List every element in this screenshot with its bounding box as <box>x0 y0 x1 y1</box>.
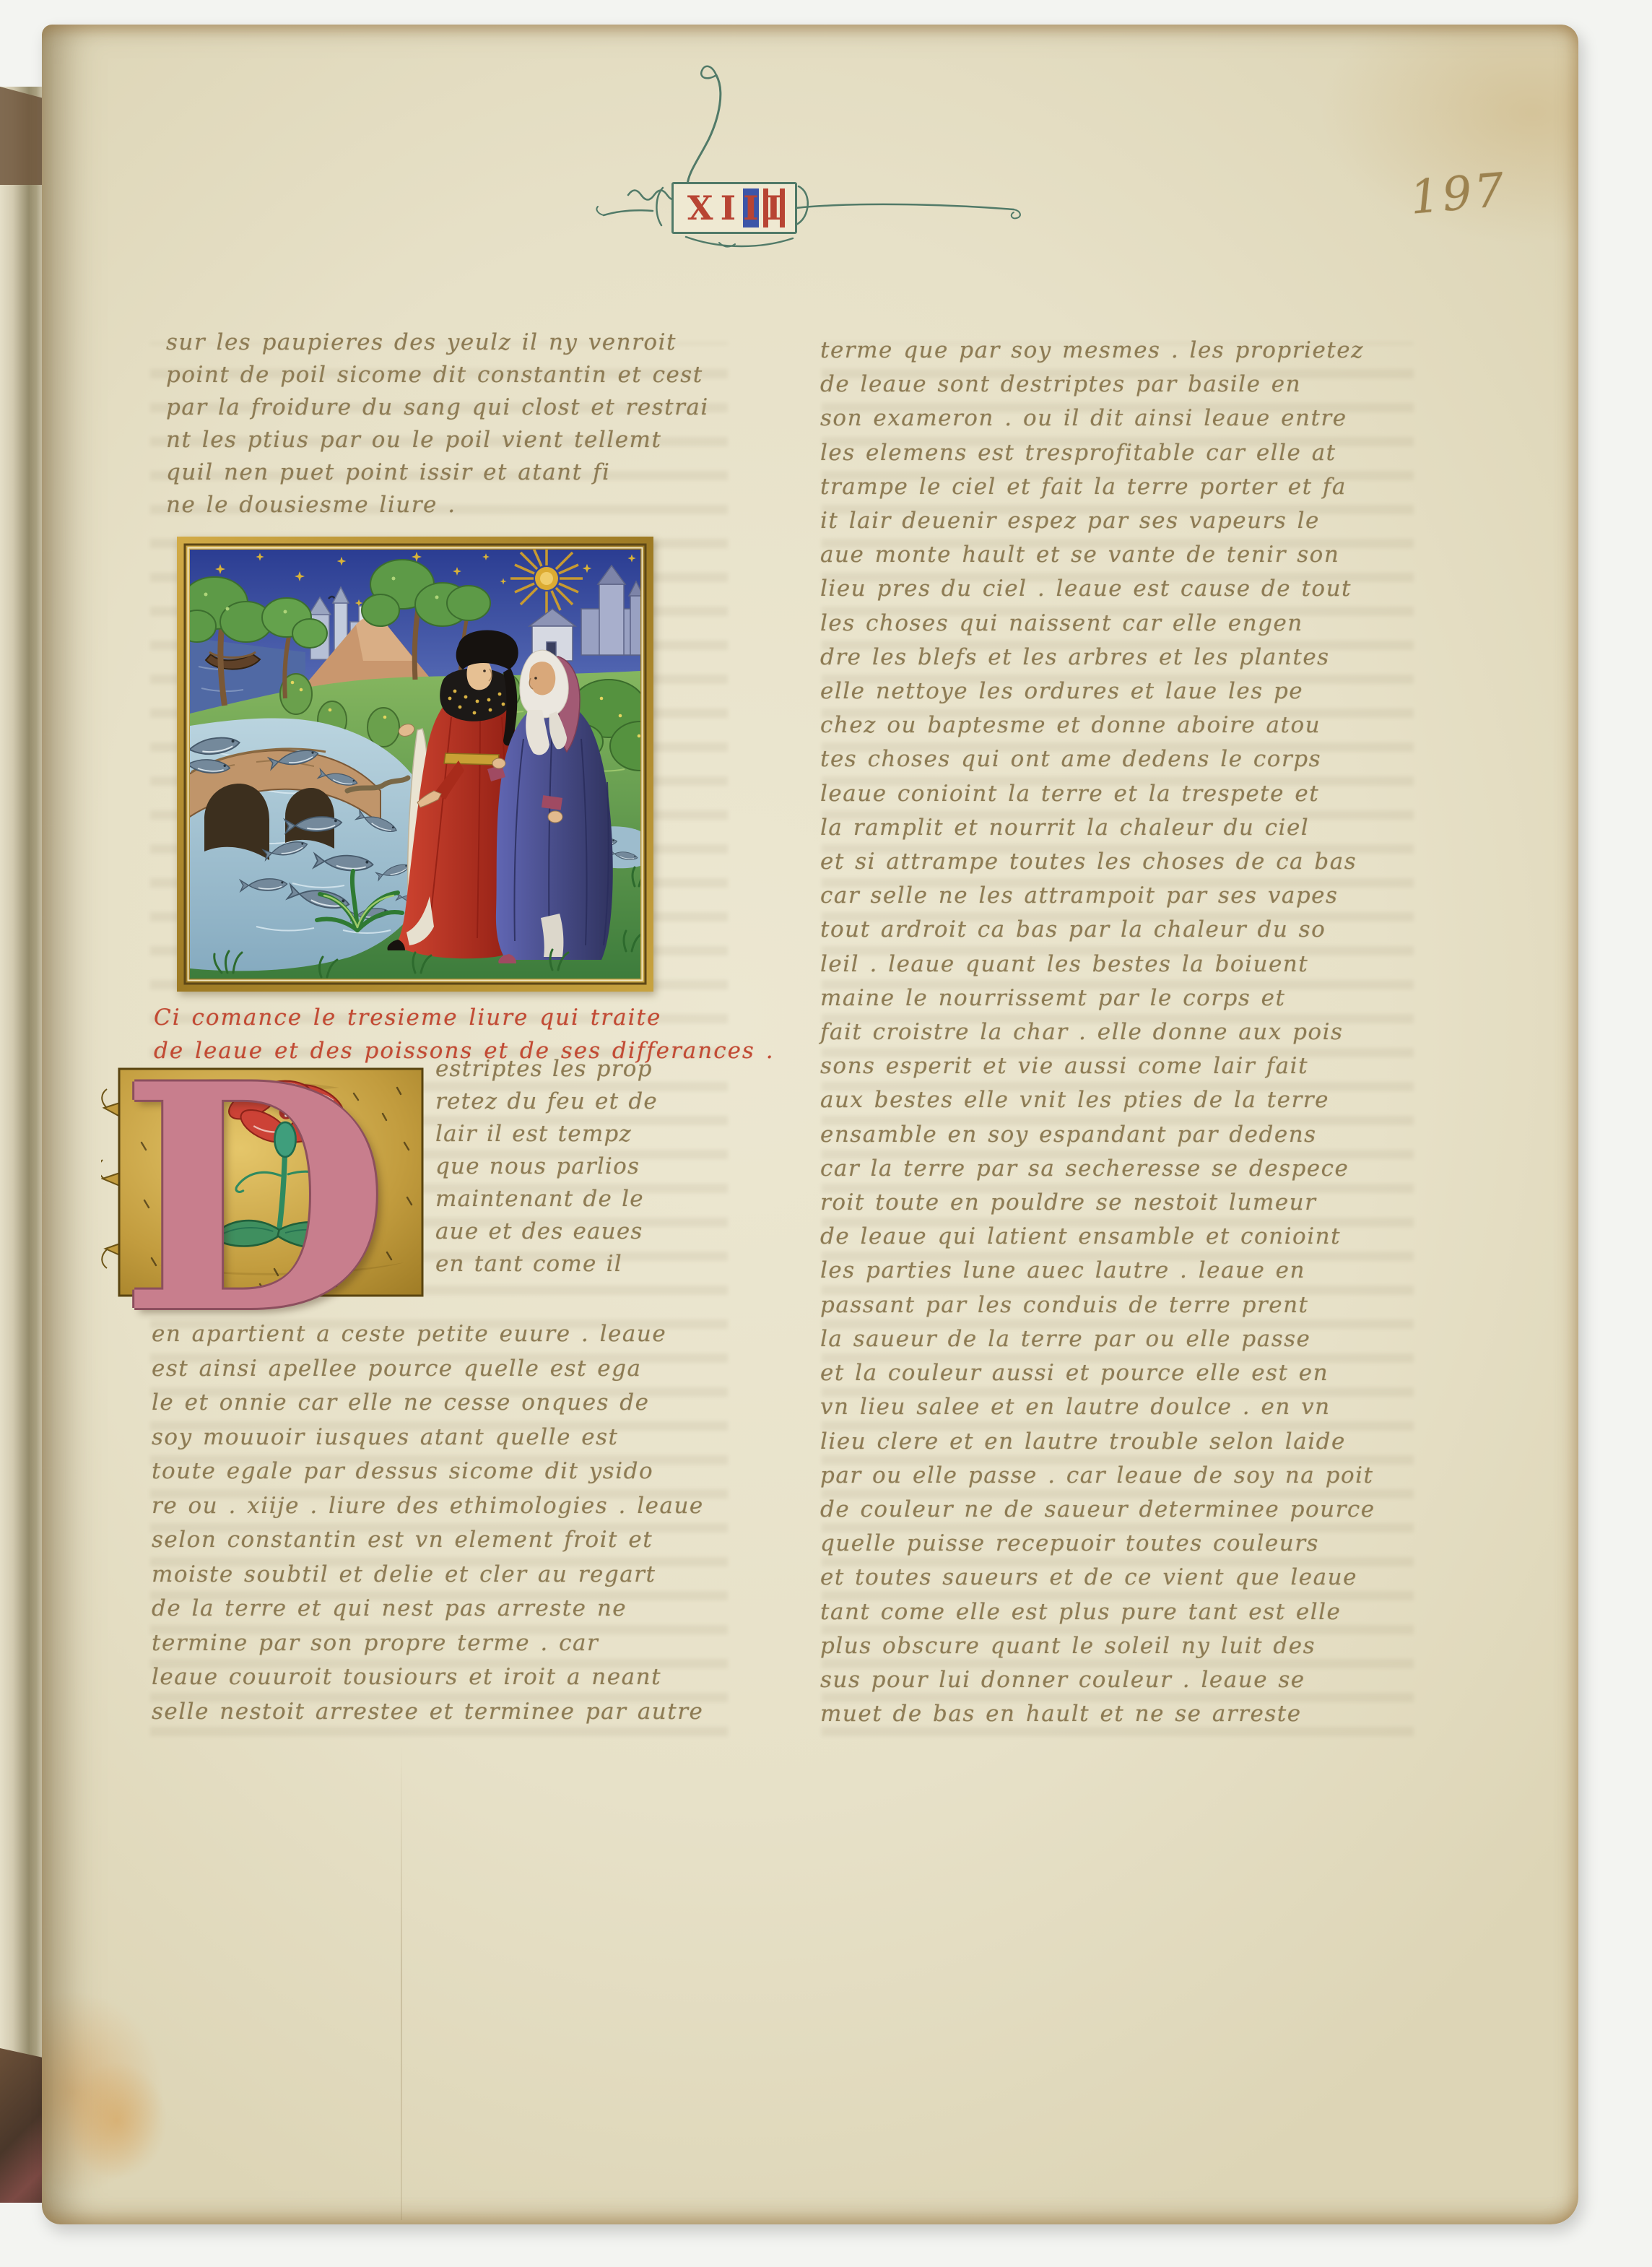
text-line: de leaue qui latient ensamble et conioin… <box>820 1220 1375 1254</box>
book-number-banner: XIII <box>578 53 1069 277</box>
text-line: et toutes saueurs et de ce vient que lea… <box>820 1561 1375 1595</box>
text-line: et si attrampe toutes les choses de ca b… <box>820 845 1375 879</box>
text-line: en tant come il <box>435 1248 658 1280</box>
text-line: re ou . xiije . liure des ethimologies .… <box>152 1489 704 1524</box>
text-line: de leaue sont destriptes par basile en <box>820 368 1375 402</box>
text-line: quil nen puet point issir et atant fi <box>166 456 709 489</box>
text-line: terme que par soy mesmes . les propriete… <box>820 334 1375 368</box>
text-line: tes choses qui ont ame dedens le corps <box>820 742 1375 776</box>
text-line: maintenant de le <box>435 1183 658 1215</box>
left-column-closing-text: sur les paupieres des yeulz il ny venroi… <box>166 326 709 521</box>
text-line: lieu clere et en lautre trouble selon la… <box>820 1425 1375 1459</box>
text-line: la saueur de la terre par ou elle passe <box>820 1322 1375 1356</box>
text-line: et la couleur aussi et pource elle est e… <box>820 1356 1375 1390</box>
text-line: fait croistre la char . elle donne aux p… <box>820 1015 1375 1049</box>
text-line: ne le dousiesme liure . <box>166 489 709 521</box>
text-line: quelle puisse recepuoir toutes couleurs <box>820 1527 1375 1561</box>
text-line: dre les blefs et les arbres et les plant… <box>820 641 1375 675</box>
text-line: le et onnie car elle ne cesse onques de <box>152 1386 704 1421</box>
text-line: roit toute en pouldre se nestoit lumeur <box>820 1186 1375 1220</box>
text-line: vn lieu salee et en lautre doulce . en v… <box>820 1390 1375 1424</box>
text-line: aue et des eaues <box>435 1215 658 1248</box>
text-line: selon constantin est vn element froit et <box>152 1523 704 1558</box>
text-line: la ramplit et nourrit la chaleur du ciel <box>820 811 1375 845</box>
text-line: leaue couuroit tousiours et iroit a nean… <box>152 1660 704 1695</box>
text-line: retez du feu et de <box>435 1085 658 1118</box>
text-line: plus obscure quant le soleil ny luit des <box>820 1629 1375 1663</box>
photo-backdrop: 197 <box>0 0 1652 2267</box>
initial-letter-D: D <box>120 1044 389 1355</box>
text-line: sus pour lui donner couleur . leaue se <box>820 1663 1375 1697</box>
text-line: elle nettoye les ordures et laue les pe <box>820 675 1375 708</box>
manuscript-page: 197 <box>42 25 1578 2224</box>
text-line: termine par son propre terme . car <box>152 1626 704 1661</box>
right-column-text: terme que par soy mesmes . les propriete… <box>820 334 1375 1731</box>
text-line: les choses qui naissent car elle engen <box>820 607 1375 641</box>
text-line: maine le nourrissemt par le corps et <box>820 981 1375 1015</box>
text-line: de couleur ne de saueur determinee pourc… <box>820 1493 1375 1527</box>
book-number: XIII <box>680 188 788 227</box>
text-line: soy mouuoir iusques atant quelle est <box>152 1421 704 1455</box>
stain <box>66 2061 168 2180</box>
text-line: les elemens est tresprofitable car elle … <box>820 436 1375 470</box>
text-line: passant par les conduis de terre prent <box>820 1288 1375 1322</box>
text-line: les parties lune auec lautre . leaue en <box>820 1254 1375 1288</box>
text-line: point de poil sicome dit constantin et c… <box>166 359 709 391</box>
text-line: lair il est tempz <box>435 1118 658 1150</box>
miniature-scene <box>177 537 653 992</box>
text-line: selle nestoit arrestee et terminee par a… <box>152 1695 704 1730</box>
fold-crease <box>401 1743 402 2220</box>
text-line: muet de bas en hault et ne se arreste <box>820 1697 1375 1731</box>
text-line: tant come elle est plus pure tant est el… <box>820 1595 1375 1629</box>
historiated-initial: D <box>101 1063 440 1304</box>
text-line: car selle ne les attrampoit par ses vape… <box>820 879 1375 913</box>
text-line: leaue conioint la terre et la trespete e… <box>820 777 1375 811</box>
text-line: estriptes les prop <box>435 1053 658 1085</box>
text-line: ensamble en soy espandant par dedens <box>820 1118 1375 1152</box>
text-line: car la terre par sa secheresse se despec… <box>820 1152 1375 1186</box>
text-line: lieu pres du ciel . leaue est cause de t… <box>820 572 1375 606</box>
pen-flourish <box>578 53 1069 277</box>
text-line: it lair deuenir espez par ses vapeurs le <box>820 504 1375 538</box>
text-line: sons esperit et vie aussi come lair fait <box>820 1049 1375 1083</box>
left-column-side-text: estriptes les propretez du feu et delair… <box>435 1053 658 1280</box>
text-line: sur les paupieres des yeulz il ny venroi… <box>166 326 709 359</box>
text-line: chez ou baptesme et donne aboire atou <box>820 708 1375 742</box>
text-line: nt les ptius par ou le poil vient tellem… <box>166 424 709 456</box>
book-page-edges <box>0 87 42 2080</box>
gold-belt <box>444 753 499 765</box>
text-line: par la froidure du sang qui clost et res… <box>166 391 709 424</box>
text-line: aue monte hault et se vante de tenir son <box>820 538 1375 572</box>
text-line: trampe le ciel et fait la terre porter e… <box>820 470 1375 504</box>
text-line: moiste soubtil et delie et cler au regar… <box>152 1558 704 1592</box>
text-line: toute egale par dessus sicome dit ysido <box>152 1455 704 1489</box>
text-line: aux bestes elle vnit les pties de la ter… <box>820 1083 1375 1117</box>
miniature <box>177 537 653 992</box>
folio-number: 197 <box>1408 163 1509 225</box>
text-line: de la terre et qui nest pas arreste ne <box>152 1592 704 1626</box>
text-line: que nous parlios <box>435 1150 658 1183</box>
text-line: par ou elle passe . car leaue de soy na … <box>820 1459 1375 1493</box>
text-line: tout ardroit ca bas par la chaleur du so <box>820 913 1375 947</box>
text-line: son exameron . ou il dit ainsi leaue ent… <box>820 402 1375 435</box>
sun-icon <box>510 542 583 615</box>
text-line: leil . leaue quant les bestes la boiuent <box>820 948 1375 981</box>
book-number-cartouche: XIII <box>671 182 797 234</box>
